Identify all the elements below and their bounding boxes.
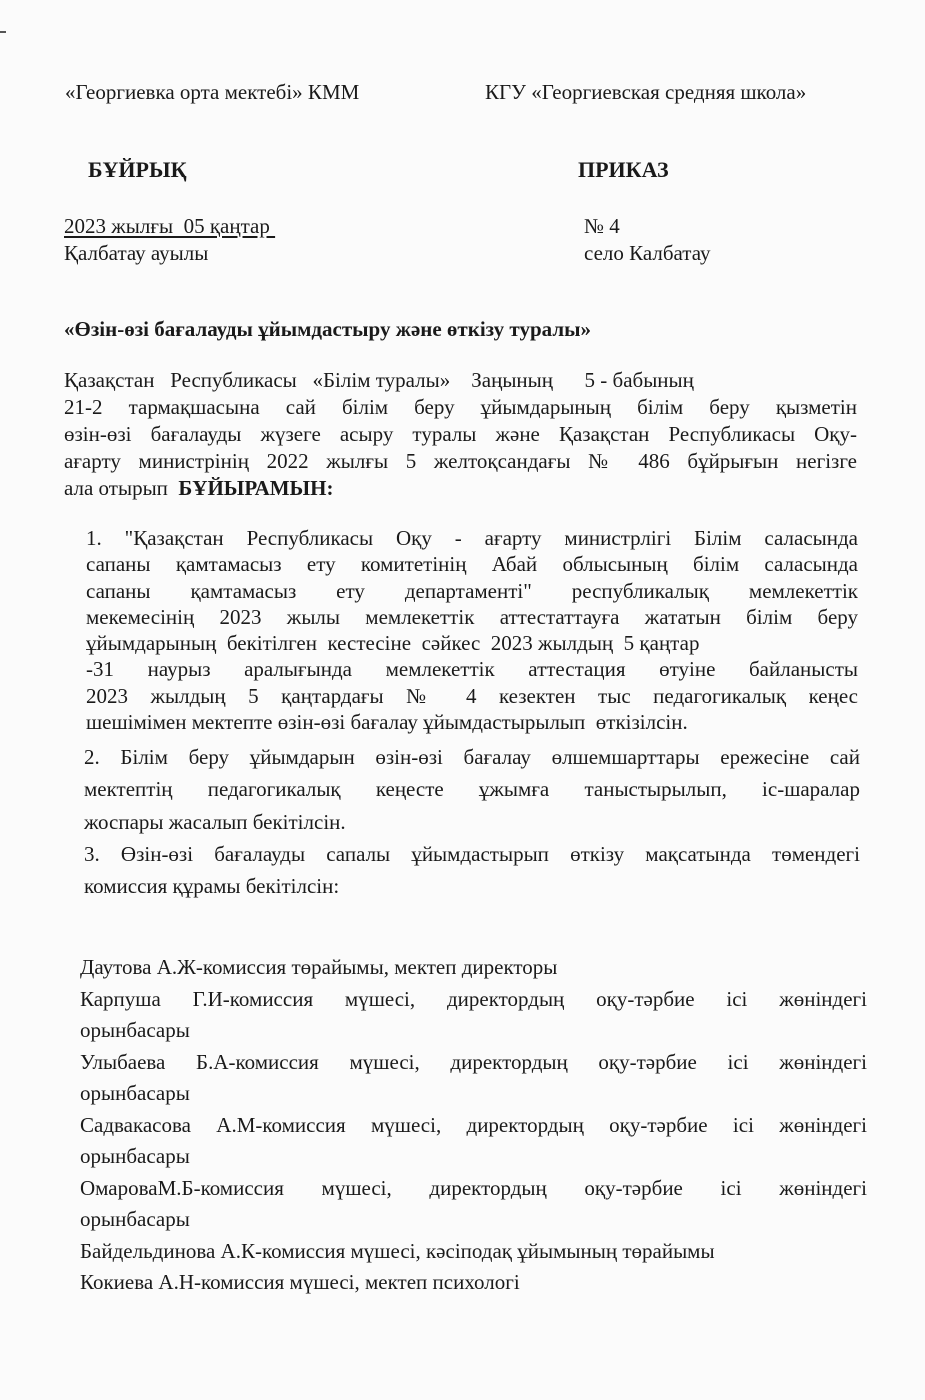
- order-item-1: 1. "Қазақстан Республикасы Оқу - ағарту …: [86, 525, 858, 735]
- scan-artifact-mark: [0, 31, 6, 33]
- commission-member: Байдельдинова А.К-комиссия мүшесі, кәсіп…: [80, 1236, 867, 1268]
- order-number: № 4: [584, 214, 620, 239]
- member-line: орынбасары: [80, 1015, 867, 1047]
- member-line: Байдельдинова А.К-комиссия мүшесі, кәсіп…: [80, 1236, 867, 1268]
- member-line: орынбасары: [80, 1078, 867, 1110]
- commission-member: Садвакасова А.М-комиссия мүшесі, директо…: [80, 1110, 867, 1173]
- right-org-name: КГУ «Георгиевская средняя школа»: [485, 80, 806, 105]
- item-line: жоспары жасалып бекітілсін.: [84, 806, 860, 838]
- preamble-line: өзін-өзі бағалауды жүзеге асыру туралы ж…: [64, 421, 857, 448]
- commission-member: Даутова А.Ж-комиссия төрайымы, мектеп ди…: [80, 952, 867, 984]
- member-line: орынбасары: [80, 1204, 867, 1236]
- item-line: комиссия құрамы бекітілсін:: [84, 871, 860, 901]
- item-line: 1. "Қазақстан Республикасы Оқу - ағарту …: [86, 525, 858, 551]
- preamble-paragraph: Қазақстан Республикасы «Білім туралы» За…: [64, 367, 857, 502]
- item-line: 2023 жылдың 5 қаңтардағы № 4 кезектен ты…: [86, 683, 858, 709]
- right-doc-title: ПРИКАЗ: [578, 157, 669, 183]
- member-line: ОмароваМ.Б-комиссия мүшесі, директордың …: [80, 1173, 867, 1205]
- left-org-name: «Георгиевка орта мектебі» КММ: [65, 80, 359, 105]
- order-subject: «Өзін-өзі бағалауды ұйымдастыру және өтк…: [64, 317, 591, 342]
- item-line: 3. Өзін-өзі бағалауды сапалы ұйымдастыры…: [84, 838, 860, 871]
- left-place: Қалбатау ауылы: [64, 241, 208, 266]
- member-line: Садвакасова А.М-комиссия мүшесі, директо…: [80, 1110, 867, 1142]
- order-directive: БҰЙЫРАМЫН:: [178, 476, 333, 500]
- preamble-last-line: ала отырып БҰЙЫРАМЫН:: [64, 475, 857, 502]
- left-doc-title: БҰЙРЫҚ: [88, 157, 187, 183]
- preamble-last-prefix: ала отырып: [64, 476, 178, 500]
- item-line: шешімімен мектепте өзін-өзі бағалау ұйым…: [86, 709, 858, 735]
- commission-member: Кокиева А.Н-комиссия мүшесі, мектеп псих…: [80, 1267, 867, 1299]
- item-line: -31 наурыз аралығында мемлекеттік аттест…: [86, 656, 858, 682]
- item-line: ұйымдарының бекітілген кестесіне сәйкес …: [86, 630, 858, 656]
- commission-member: ОмароваМ.Б-комиссия мүшесі, директордың …: [80, 1173, 867, 1236]
- preamble-line: 21-2 тармақшасына сай білім беру ұйымдар…: [64, 394, 857, 421]
- item-line: 2. Білім беру ұйымдарын өзін-өзі бағалау…: [84, 742, 860, 772]
- order-date: 2023 жылғы 05 қаңтар: [64, 214, 275, 239]
- item-line: мектептің педагогикалық кеңесте ұжымға т…: [84, 772, 860, 806]
- member-line: Кокиева А.Н-комиссия мүшесі, мектеп псих…: [80, 1267, 867, 1299]
- member-line: орынбасары: [80, 1141, 867, 1173]
- member-line: Карпуша Г.И-комиссия мүшесі, директордың…: [80, 984, 867, 1016]
- right-place: село Калбатау: [584, 241, 711, 266]
- preamble-line: ағарту министрінің 2022 жылғы 5 желтоқса…: [64, 448, 857, 475]
- preamble-line: Қазақстан Республикасы «Білім туралы» За…: [64, 367, 804, 394]
- item-line: сапаны қамтамасыз ету департаменті" респ…: [86, 578, 858, 604]
- item-line: сапаны қамтамасыз ету комитетінің Абай о…: [86, 551, 858, 577]
- member-line: Улыбаева Б.А-комиссия мүшесі, директорды…: [80, 1047, 867, 1079]
- commission-member: Улыбаева Б.А-комиссия мүшесі, директорды…: [80, 1047, 867, 1110]
- commission-member: Карпуша Г.И-комиссия мүшесі, директордың…: [80, 984, 867, 1047]
- order-items-2-3: 2. Білім беру ұйымдарын өзін-өзі бағалау…: [84, 742, 860, 901]
- item-line: мекемесінің 2023 жылы мемлекеттік аттест…: [86, 604, 858, 630]
- member-line: Даутова А.Ж-комиссия төрайымы, мектеп ди…: [80, 952, 867, 984]
- commission-list: Даутова А.Ж-комиссия төрайымы, мектеп ди…: [80, 952, 867, 1299]
